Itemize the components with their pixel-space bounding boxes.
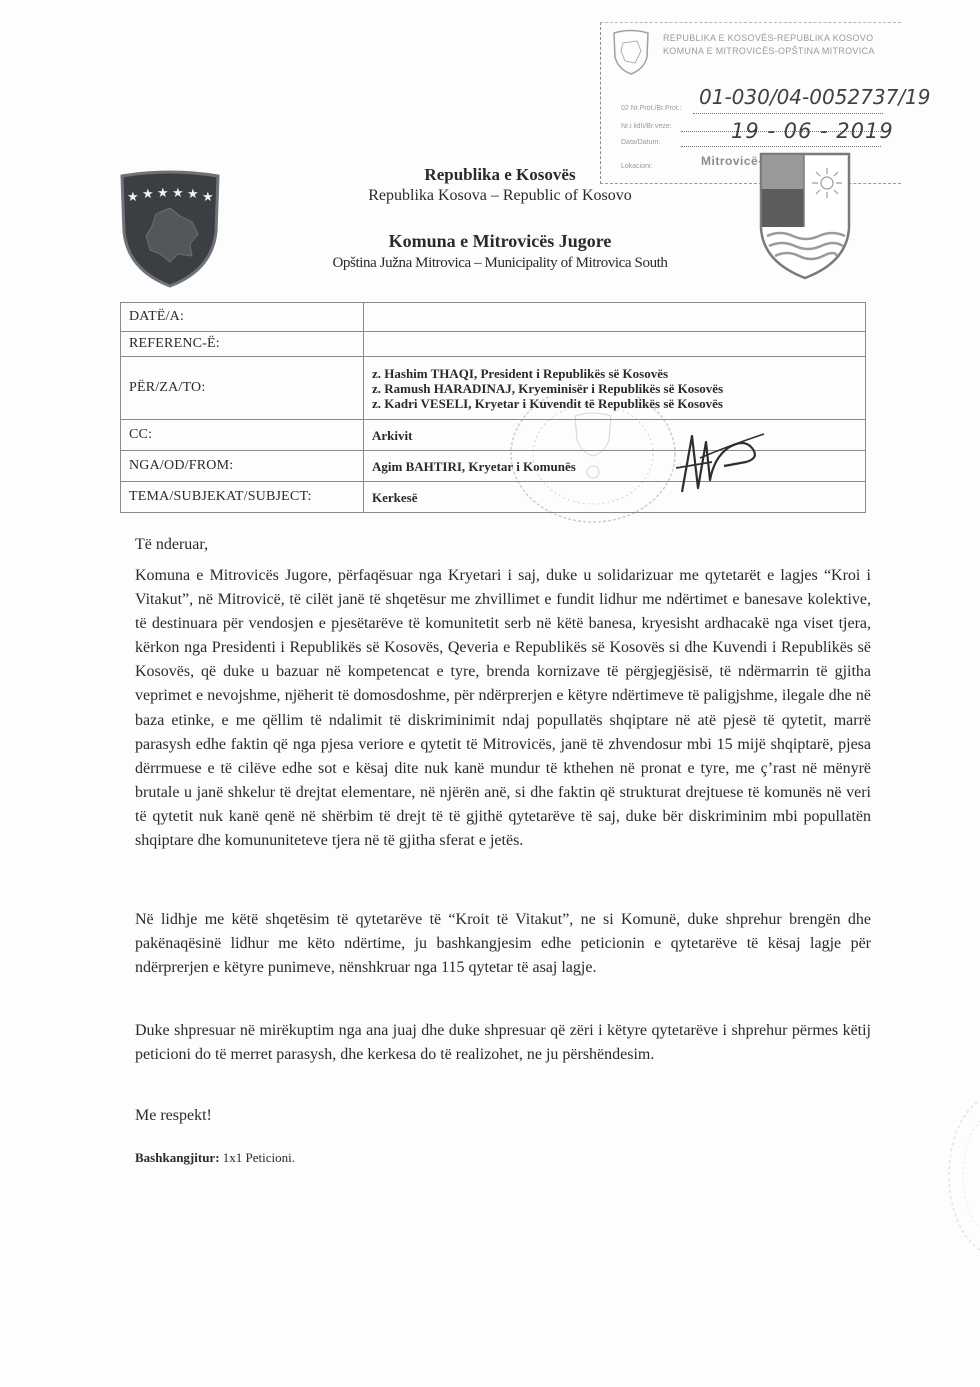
- prot-label: 02 Nr.Prot./Br.Prot.:: [621, 105, 682, 112]
- kosovo-coat-of-arms-icon: ★★★ ★★★: [118, 170, 222, 288]
- prot-number: 01-030/04-0052737/19: [699, 85, 931, 109]
- header-title-republic: Republika e Kosovës: [250, 165, 750, 185]
- letter-paragraph: Në lidhje me këtë shqetësim të qytetarëv…: [135, 908, 871, 980]
- registration-date: 19 - 06 - 2019: [731, 119, 894, 143]
- memo-value-reference: [364, 332, 866, 357]
- letter-closing: Me respekt!: [135, 1104, 871, 1128]
- svg-text:★: ★: [157, 186, 169, 201]
- letter-salutation: Të nderuar,: [135, 533, 871, 557]
- signature-icon: [668, 428, 768, 498]
- svg-text:★: ★: [172, 186, 184, 201]
- memo-value-date: [364, 303, 866, 332]
- svg-text:★: ★: [202, 190, 214, 205]
- header-subtitle-republic: Republika Kosova – Republic of Kosovo: [250, 187, 750, 205]
- svg-text:★: ★: [127, 190, 139, 205]
- attachment-line: Bashkangjitur: 1x1 Peticioni.: [135, 1150, 295, 1166]
- memo-label-subject: TEMA/SUBJEKAT/SUBJECT:: [121, 482, 364, 513]
- memo-label-from: NGA/OD/FROM:: [121, 451, 364, 482]
- stamp-header-line2: KOMUNA E MITROVICËS-OPŠTINA MITROVICA: [663, 46, 875, 56]
- attachment-value: 1x1 Peticioni.: [223, 1150, 295, 1165]
- memo-label-reference: REFERENC-Ë:: [121, 332, 364, 357]
- svg-text:★: ★: [187, 187, 199, 202]
- header-title-municipality: Komuna e Mitrovicës Jugore: [250, 231, 750, 252]
- letter-paragraph: Duke shpresuar në mirëkuptim nga ana jua…: [135, 1019, 871, 1067]
- date-label: Data/Datum:: [621, 139, 660, 146]
- recipient: z. Hashim THAQI, President i Republikës …: [372, 366, 857, 381]
- letter-paragraph: Komuna e Mitrovicës Jugore, përfaqësuar …: [135, 564, 871, 853]
- memo-row-reference: REFERENC-Ë:: [121, 332, 866, 357]
- attachment-label: Bashkangjitur:: [135, 1150, 220, 1165]
- edge-stamp-icon: [935, 1085, 980, 1265]
- mitrovica-coat-of-arms-icon: [755, 150, 855, 280]
- kosovo-emblem-icon: [611, 29, 651, 75]
- header-subtitle-municipality: Opština Južna Mitrovica – Municipality o…: [250, 255, 750, 272]
- memo-label-date: DATË/A:: [121, 303, 364, 332]
- memo-label-to: PËR/ZA/TO:: [121, 357, 364, 420]
- memo-row-date: DATË/A:: [121, 303, 866, 332]
- registration-stamp: REPUBLIKA E KOSOVËS-REPUBLIKA KOSOVO KOM…: [600, 22, 901, 184]
- lidh-label: Nr.i lidh/Br.veze:: [621, 123, 672, 130]
- stamp-header-line1: REPUBLIKA E KOSOVËS-REPUBLIKA KOSOVO: [663, 33, 873, 43]
- memo-label-cc: CC:: [121, 420, 364, 451]
- svg-text:★: ★: [142, 187, 154, 202]
- recipient: z. Ramush HARADINAJ, Kryeminisër i Repub…: [372, 381, 857, 396]
